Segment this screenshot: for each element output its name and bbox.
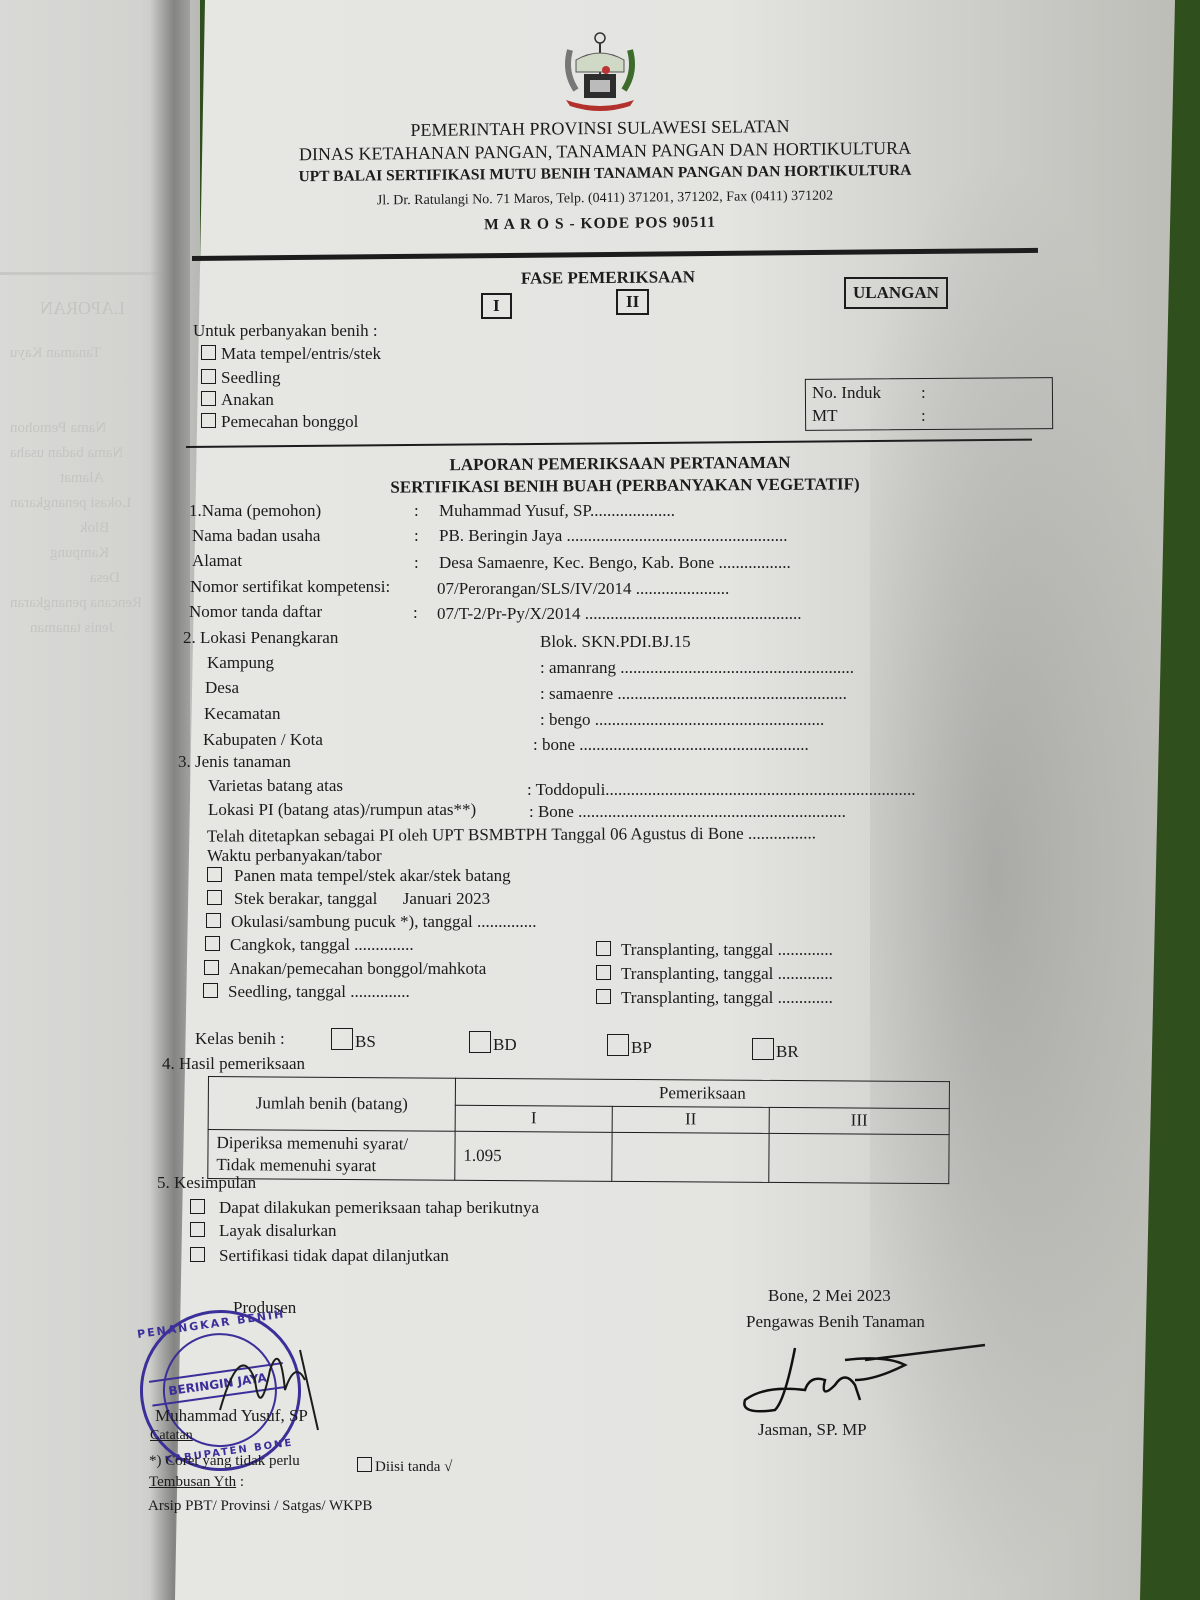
ghost-text: Alamat (60, 470, 104, 487)
conclusion-heading: 5. Kesimpulan (157, 1173, 256, 1193)
ghost-text: LAPORAN (40, 298, 125, 319)
conclusion-option[interactable]: Layak disalurkan (190, 1221, 337, 1241)
checkbox[interactable] (752, 1038, 774, 1060)
no-induk-sep: : (921, 383, 926, 403)
seed-class-bs[interactable]: BS (331, 1028, 376, 1052)
checkbox[interactable] (190, 1247, 205, 1262)
transplanting-option[interactable]: Transplanting, tanggal ............. (596, 964, 833, 984)
checkbox-icon (357, 1457, 372, 1472)
seed-class-br[interactable]: BR (752, 1038, 799, 1062)
timing-option[interactable]: Anakan/pemecahan bonggol/mahkota (204, 959, 486, 979)
ghost-text: Tanaman Kayu (10, 345, 101, 362)
field-label: Varietas batang atas (208, 776, 343, 796)
block-value: Blok. SKN.PDI.BJ.15 (540, 632, 691, 652)
checkbox[interactable] (204, 960, 219, 975)
checkbox[interactable] (201, 413, 216, 428)
checkbox[interactable] (190, 1199, 205, 1214)
applicant-name-value: Muhammad Yusuf, SP.................... (439, 501, 675, 521)
checkbox[interactable] (331, 1028, 353, 1050)
report-title-1: LAPORAN PEMERIKSAAN PERTANAMAN (380, 452, 860, 475)
field-sep: : (414, 501, 419, 521)
ghost-text: Kampung (50, 545, 109, 562)
inspector-role: Pengawas Benih Tanaman (746, 1312, 925, 1332)
checkbox[interactable] (207, 890, 222, 905)
propagation-option[interactable]: Anakan (201, 390, 274, 410)
propagation-label: Untuk perbanyakan benih : (193, 321, 378, 341)
checkbox[interactable] (201, 345, 216, 360)
ghost-text: Lokasi penangkaran (10, 495, 131, 512)
timing-option[interactable]: Cangkok, tanggal .............. (205, 935, 414, 955)
checkbox[interactable] (469, 1031, 491, 1053)
note-strike: *) Coret yang tidak perlu (149, 1453, 300, 1470)
field-label: Kabupaten / Kota (203, 730, 323, 750)
results-heading: 4. Hasil pemeriksaan (162, 1054, 305, 1074)
col-head-count: Jumlah benih (batang) (208, 1077, 455, 1132)
field-label: Kampung (207, 653, 274, 673)
checkbox[interactable] (201, 369, 216, 384)
table-row: Diperiksa memenuhi syarat/Tidak memenuhi… (208, 1130, 949, 1184)
checkbox[interactable] (205, 936, 220, 951)
checkbox[interactable] (203, 983, 218, 998)
col-head-III: III (769, 1107, 949, 1135)
ghost-text: Jenis tanaman (30, 620, 115, 637)
address-value: Desa Samaenre, Kec. Bengo, Kab. Bone ...… (439, 553, 791, 573)
checkbox[interactable] (596, 989, 611, 1004)
field-label: Alamat (192, 551, 242, 571)
propagation-option[interactable]: Seedling (201, 368, 281, 388)
timing-label: Waktu perbanyakan/tabor (207, 846, 382, 866)
mt-sep: : (921, 406, 926, 426)
ghost-text: Rencana penangkaran (10, 595, 142, 612)
pi-statement: Telah ditetapkan sebagai PI oleh UPT BSM… (207, 823, 816, 846)
conclusion-option[interactable]: Sertifikasi tidak dapat dilanjutkan (190, 1246, 449, 1266)
transplanting-option[interactable]: Transplanting, tanggal ............. (596, 940, 833, 960)
transplanting-option[interactable]: Transplanting, tanggal ............. (596, 988, 833, 1008)
pi-location-value: : Bone .................................… (529, 802, 846, 822)
result-cell-III (769, 1133, 949, 1183)
conclusion-option[interactable]: Dapat dilakukan pemeriksaan tahap beriku… (190, 1198, 539, 1218)
plant-heading: 3. Jenis tanaman (178, 752, 291, 772)
phase-box-1[interactable]: I (481, 293, 512, 319)
report-title-2: SERTIFIKASI BENIH BUAH (PERBANYAKAN VEGE… (340, 474, 910, 498)
field-label: Nama badan usaha (192, 526, 320, 546)
checkbox[interactable] (201, 391, 216, 406)
col-head-I: I (455, 1105, 612, 1133)
field-label: 1.Nama (pemohon) (189, 501, 321, 521)
field-label: Kecamatan (204, 704, 280, 724)
phase-title: FASE PEMERIKSAAN (521, 267, 695, 289)
checkbox[interactable] (607, 1034, 629, 1056)
checkbox[interactable] (206, 913, 221, 928)
competency-cert-value: 07/Perorangan/SLS/IV/2014 ..............… (437, 579, 729, 599)
ghost-text: Nama Pemohon (10, 420, 106, 437)
registration-number-value: 07/T-2/Pr-Py/X/2014 ....................… (437, 604, 802, 624)
result-cell-I: 1.095 (455, 1131, 612, 1181)
col-head-II: II (612, 1106, 769, 1134)
underlying-rule (0, 272, 165, 275)
timing-option[interactable]: Seedling, tanggal .............. (203, 982, 410, 1002)
field-label: Nomor tanda daftar (189, 602, 322, 622)
cc-recipients: Arsip PBT/ Provinsi / Satgas/ WKPB (148, 1498, 372, 1515)
timing-option[interactable]: Stek berakar, tanggal Januari 2023 (207, 889, 490, 909)
kabupaten-value: : bone .................................… (533, 735, 809, 755)
no-induk-label: No. Induk (812, 383, 881, 403)
ulangan-box[interactable]: ULANGAN (844, 277, 948, 309)
seed-class-bd[interactable]: BD (469, 1031, 517, 1055)
propagation-option[interactable]: Pemecahan bonggol (201, 412, 358, 432)
inspector-signature (735, 1340, 995, 1420)
kampung-value: : amanrang .............................… (540, 658, 854, 678)
field-label: Nomor sertifikat kompetensi (190, 577, 385, 596)
note-check: Diisi tanda √ (357, 1457, 452, 1476)
col-head-inspection: Pemeriksaan (455, 1078, 949, 1108)
checkbox[interactable] (596, 965, 611, 980)
phase-box-2[interactable]: II (616, 289, 649, 315)
cc-heading: Tembusan Yth : (149, 1474, 244, 1491)
field-sep: : (414, 526, 419, 546)
desa-value: : samaenre .............................… (540, 684, 847, 704)
result-cell-II (612, 1132, 769, 1182)
location-heading: 2. Lokasi Penangkaran (183, 628, 338, 648)
field-sep: : (413, 603, 418, 623)
timing-option[interactable]: Panen mata tempel/stek akar/stek batang (207, 866, 511, 886)
field-sep: : (414, 553, 419, 573)
checkbox[interactable] (207, 867, 222, 882)
notes-heading: Catatan (150, 1428, 193, 1444)
business-name-value: PB. Beringin Jaya ......................… (439, 526, 788, 546)
seed-class-label: Kelas benih : (195, 1029, 285, 1049)
mt-label: MT (812, 406, 838, 426)
timing-option[interactable]: Okulasi/sambung pucuk *), tanggal ......… (206, 912, 537, 932)
producer-name: Muhammad Yusuf, SP (155, 1406, 308, 1426)
field-label: Lokasi PI (batang atas)/rumpun atas**) (208, 800, 476, 820)
seed-class-bp[interactable]: BP (607, 1034, 652, 1058)
ghost-text: Blok (80, 520, 109, 537)
propagation-option[interactable]: Mata tempel/entris/stek (201, 344, 381, 364)
checkbox[interactable] (596, 941, 611, 956)
field-label: Desa (205, 678, 239, 698)
emblem-icon (562, 28, 638, 112)
results-table: Jumlah benih (batang) Pemeriksaan I II I… (207, 1076, 950, 1184)
kecamatan-value: : bengo ................................… (540, 710, 824, 730)
ghost-text: Nama badan usaha (10, 445, 123, 462)
checkbox[interactable] (190, 1222, 205, 1237)
variety-value: : Toddopuli.............................… (527, 780, 916, 800)
inspector-name: Jasman, SP. MP (758, 1420, 867, 1440)
ghost-text: Desa (90, 570, 120, 587)
place-date: Bone, 2 Mei 2023 (768, 1286, 891, 1306)
